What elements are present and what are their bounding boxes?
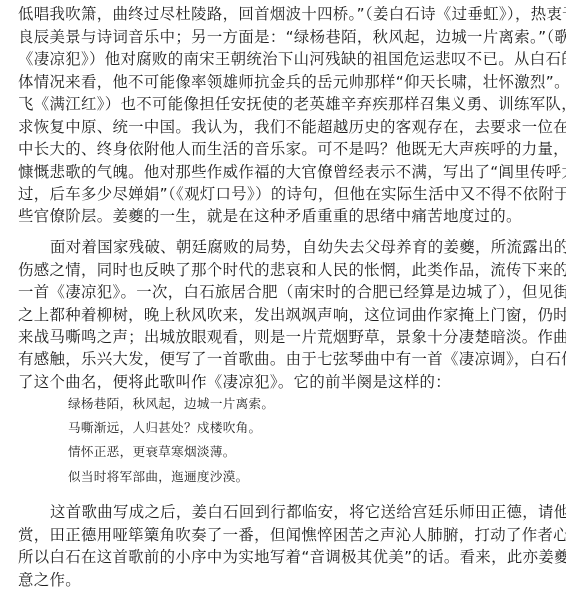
text-line: 伤感之情，同时也反映了那个时代的悲哀和人民的怅惘，此类作品，流传下来的还有: [18, 259, 550, 281]
text-line: 过，后车多少尽婵娟”（《观灯口号》）的诗句，但他在实际生活中又不得不依附于那: [18, 183, 550, 205]
text-line: 良辰美景与诗词音乐中；另一方面是：“绿杨巷陌，秋风起，边城一片离索。”（歌曲: [18, 26, 550, 48]
poem-line: 情怀正恶，更衰草寒烟淡薄。: [68, 442, 236, 462]
text-line: 有感触，乐兴大发，便写了一首歌曲。由于七弦琴曲中有一首《凄凉调》，白石借用: [18, 348, 550, 370]
text-line: 一首《凄凉犯》。一次，白石旅居合肥（南宋时的合肥已经算是边城了），但见街市: [18, 281, 550, 303]
poem-line: 似当时将军部曲，迤逦度沙漠。: [68, 467, 249, 487]
text-line: 飞《满江红》）也不可能像担任安抚使的老英雄辛弃疾那样召集义勇、训练军队，以: [18, 93, 550, 115]
text-line: 些官僚阶层。姜夔的一生，就是在这种矛盾重重的思绪中痛苦地度过的。: [18, 205, 550, 227]
text-line: 赏，田正德用哑筚篥角吹奏了一番，但闻憔悴困苦之声沁人肺腑，打动了作者心弦，: [18, 524, 550, 546]
text-line: 所以白石在这首歌前的小序中为实地写着“音调极其优美”的话。看来，此亦姜夔的得: [18, 546, 550, 568]
poem-line: 马嘶渐远，人归甚处？戍楼吹角。: [68, 418, 261, 438]
text-line: 慷慨悲歌的气魄。他对那些作威作福的大官僚曾经表示不满，写出了“阊里传呼大官: [18, 161, 550, 183]
text-line: 来战马嘶鸣之声；出城放眼观看，则是一片荒烟野草，景象十分凄楚暗淡。作曲家深: [18, 326, 550, 348]
text-line: 低唱我吹箫，曲终过尽杜陵路，回首烟波十四桥。”（姜白石诗《过垂虹》），热衷于: [18, 3, 550, 25]
text-line: 《凄凉犯》）他对腐败的南宋王朝统治下山河残缺的祖国危运悲叹不已。从白石的具: [18, 48, 550, 70]
text-line: 中长大的、终身依附他人而生活的音乐家。可不是吗？他既无大声疾呼的力量，亦无: [18, 138, 550, 160]
text-line: 面对着国家残破、朝廷腐败的局势，自幼失去父母养育的姜夔，所流露出的凄凉: [50, 236, 550, 258]
text-line: 了这个曲名，便将此歌叫作《凄凉犯》。它的前半阕是这样的：: [18, 371, 550, 393]
poem-line: 绿杨巷陌，秋风起，边城一片离索。: [68, 394, 274, 414]
document-page: 低唱我吹箫，曲终过尽杜陵路，回首烟波十四桥。”（姜白石诗《过垂虹》），热衷于 良…: [0, 0, 566, 590]
text-line: 体情况来看，他不可能像率领雄师抗金兵的岳元帅那样“仰天长啸，壮怀激烈”。（岳: [18, 71, 550, 93]
text-line: 意之作。: [18, 569, 550, 590]
text-line: 这首歌曲写成之后，姜白石回到行都临安，将它送给宫廷乐师田正德，请他鉴: [50, 501, 550, 523]
text-line: 求恢复中原、统一中国。我认为，我们不能超越历史的客观存在，去要求一位在屈辱: [18, 116, 550, 138]
text-line: 之上都种着柳树，晚上秋风吹来，发出飒飒声响，这位词曲作家掩上门窗，仍时时传: [18, 304, 550, 326]
